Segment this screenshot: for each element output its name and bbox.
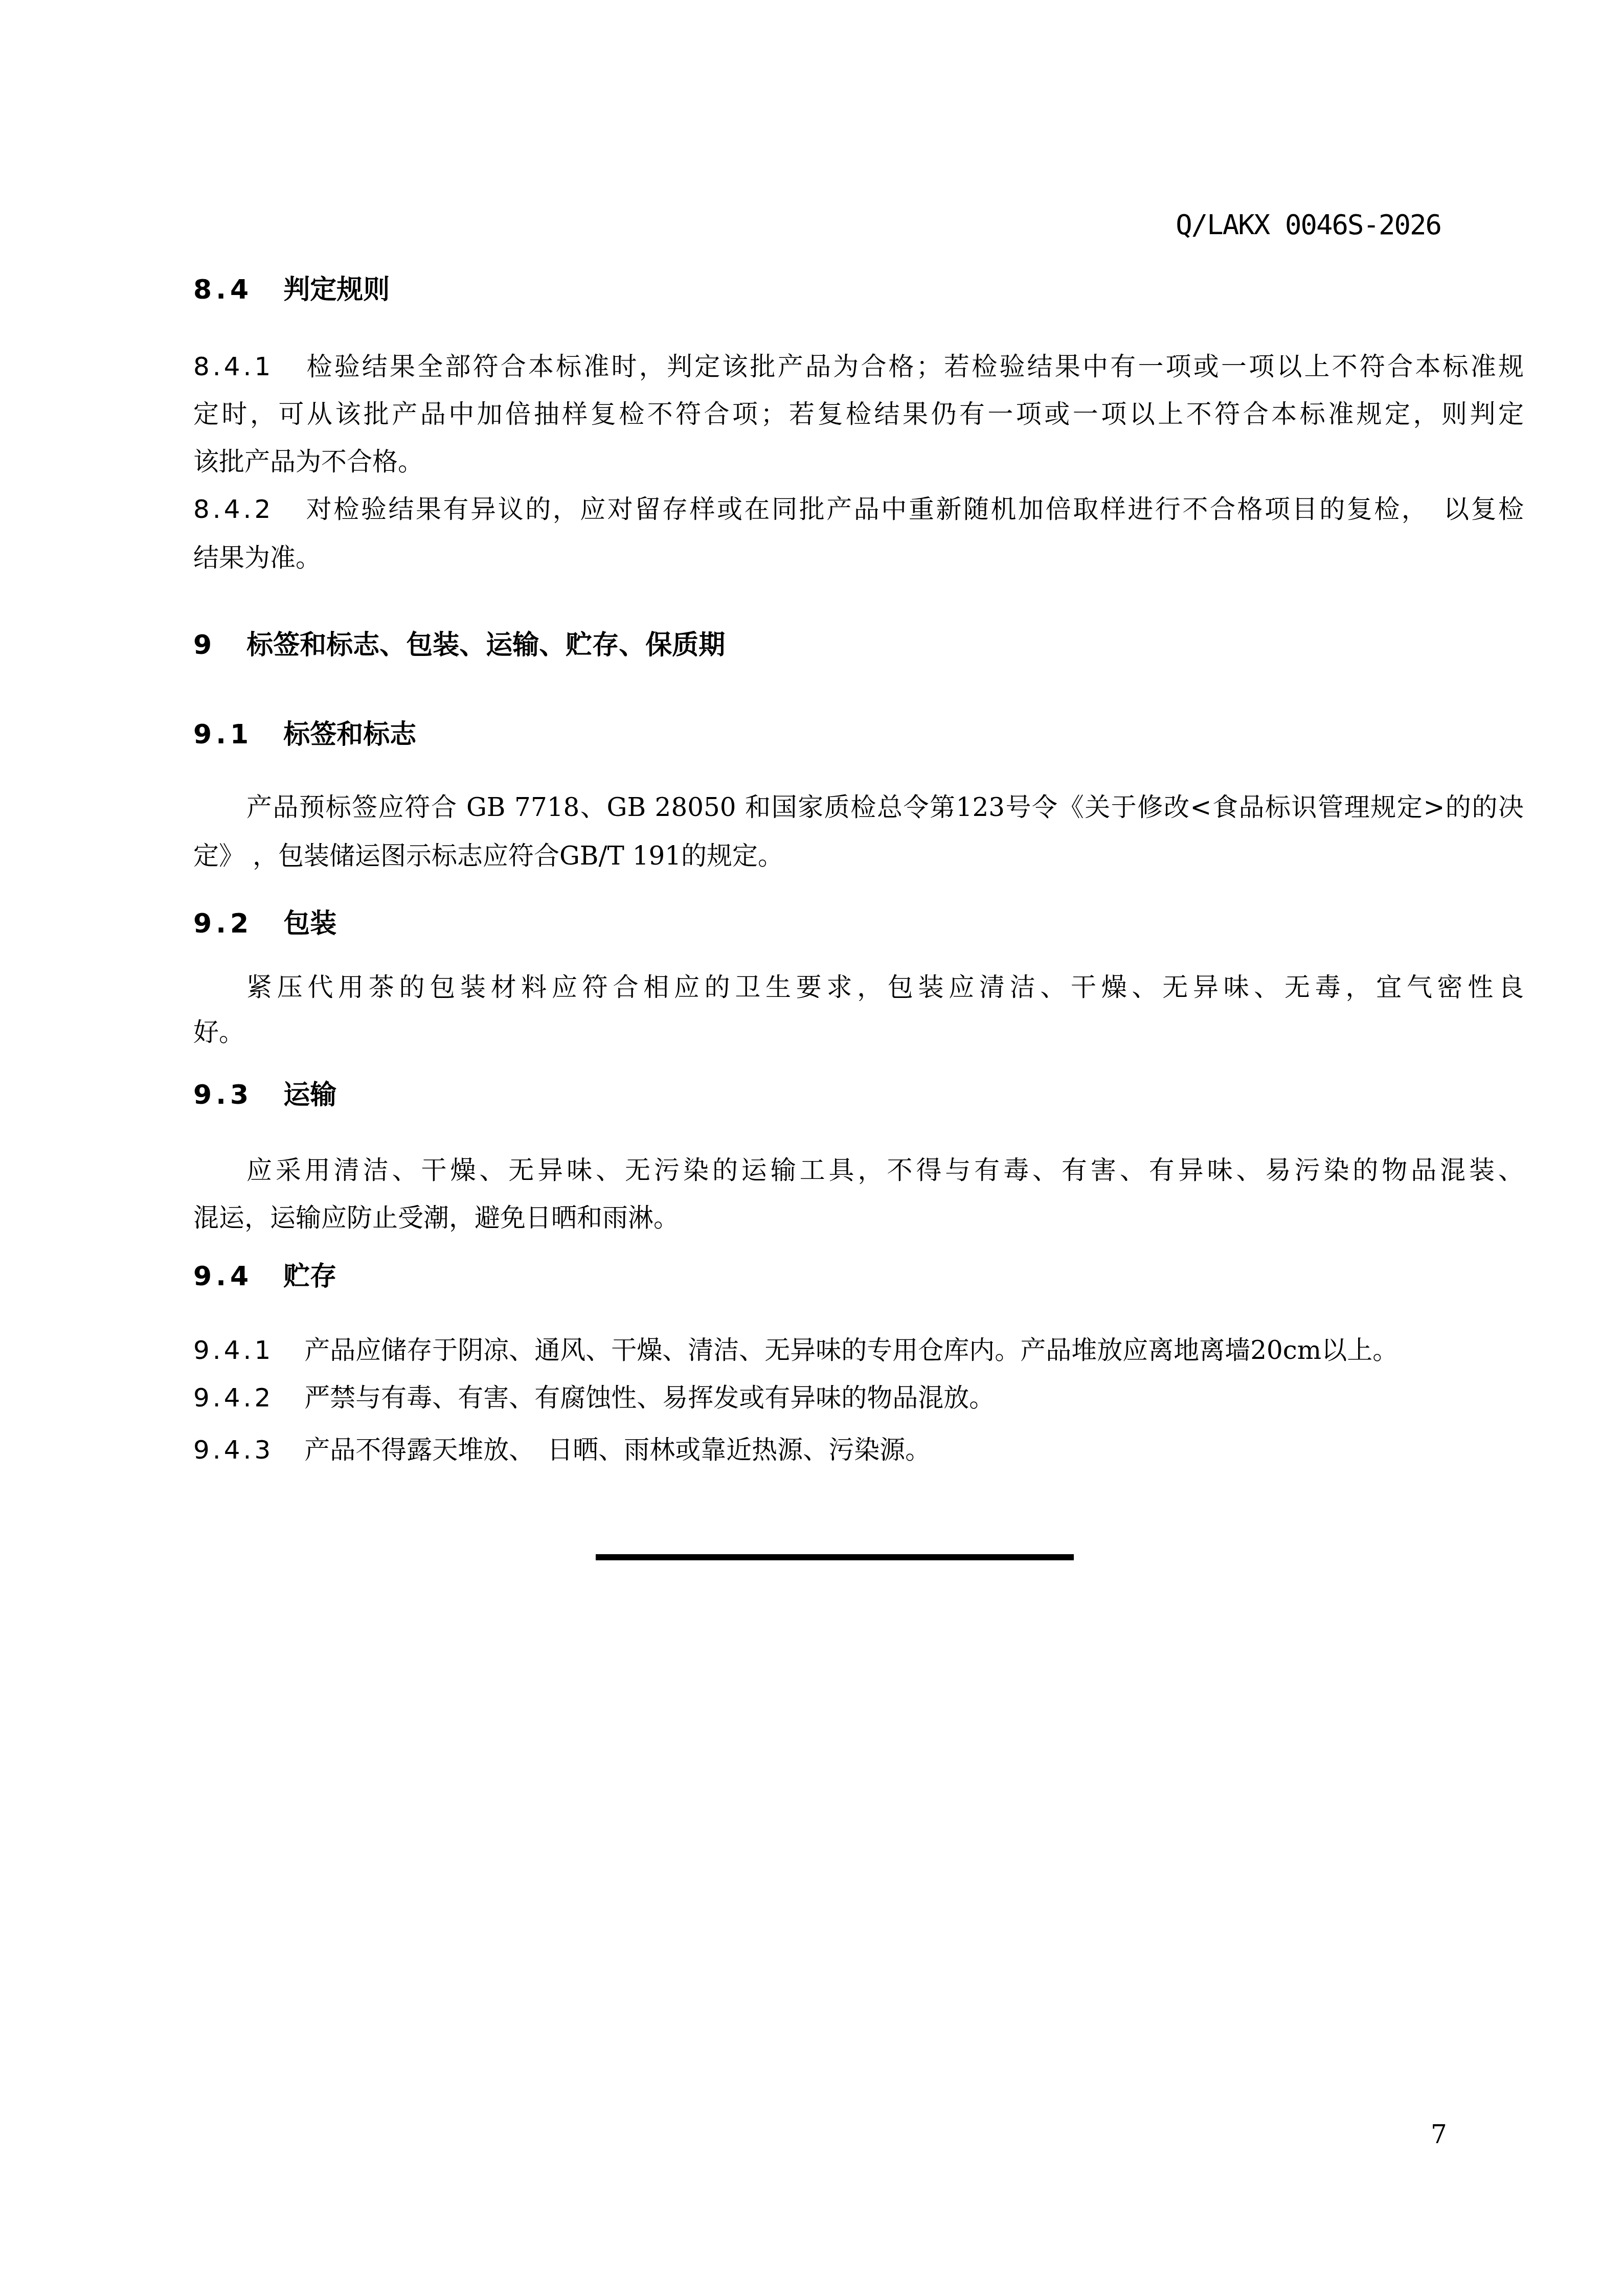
- section-heading-9-3: 9.3运输: [193, 1079, 1524, 1112]
- section-heading-8-4: 8.4判定规则: [193, 274, 1524, 307]
- clause-number: 9.4.2: [193, 1383, 274, 1413]
- clause-text: 该批产品为不合格。: [193, 447, 423, 476]
- clause-8-4-1-line-1: 8.4.1检验结果全部符合本标准时，判定该批产品为合格；若检验结果中有一项或一项…: [193, 351, 1524, 383]
- clause-8-4-2-line-1: 8.4.2对检验结果有异议的，应对留存样或在同批产品中重新随机加倍取样进行不合格…: [193, 493, 1524, 526]
- section-number: 9.3: [193, 1080, 253, 1110]
- para-9-1-line-2: 定》 ，包装储运图示标志应符合GB/T 191的规定。: [193, 840, 1524, 872]
- section-number: 8.4: [193, 275, 253, 305]
- para-9-3-line-1: 应采用清洁、干燥、无异味、无污染的运输工具，不得与有毒、有害、有异味、易污染的物…: [193, 1154, 1524, 1187]
- page-number: 7: [1431, 2120, 1447, 2149]
- paragraph-text: 定》 ，包装储运图示标志应符合GB/T 191的规定。: [193, 841, 783, 871]
- paragraph-text: 应采用清洁、干燥、无异味、无污染的运输工具，不得与有毒、有害、有异味、易污染的物…: [246, 1155, 1524, 1185]
- section-title: 判定规则: [283, 275, 390, 305]
- section-number: 9.4: [193, 1261, 253, 1292]
- clause-9-4-1: 9.4.1产品应储存于阴凉、通风、干燥、清洁、无异味的专用仓库内。产品堆放应离地…: [193, 1334, 1524, 1367]
- clause-text: 结果为准。: [193, 543, 321, 573]
- clause-9-4-2: 9.4.2严禁与有毒、有害、有腐蚀性、易挥发或有异味的物品混放。: [193, 1382, 1524, 1414]
- doc-code: Q/LAKX 0046S-2026: [1176, 209, 1441, 241]
- section-number: 9.1: [193, 719, 253, 750]
- clause-text: 产品不得露天堆放、 日晒、雨林或靠近热源、污染源。: [304, 1435, 931, 1465]
- section-title: 标签和标志: [283, 719, 416, 750]
- clause-8-4-1-line-2: 定时，可从该批产品中加倍抽样复检不符合项；若复检结果仍有一项或一项以上不符合本标…: [193, 398, 1524, 430]
- paragraph-text: 好。: [193, 1017, 244, 1047]
- section-number: 9.2: [193, 908, 253, 939]
- section-title: 贮存: [283, 1261, 336, 1292]
- paragraph-text: 紧压代用茶的包装材料应符合相应的卫生要求，包装应清洁、干燥、无异味、无毒，宜气密…: [246, 972, 1524, 1002]
- paragraph-text: 产品预标签应符合 GB 7718、GB 28050 和国家质检总令第123号令《…: [246, 792, 1524, 822]
- section-title: 包装: [283, 908, 336, 939]
- section-heading-9-1: 9.1标签和标志: [193, 718, 1524, 752]
- clause-text: 产品应储存于阴凉、通风、干燥、清洁、无异味的专用仓库内。产品堆放应离地离墙20c…: [304, 1335, 1398, 1365]
- para-9-3-line-2: 混运，运输应防止受潮，避免日晒和雨淋。: [193, 1202, 1524, 1234]
- para-9-2-line-1: 紧压代用茶的包装材料应符合相应的卫生要求，包装应清洁、干燥、无异味、无毒，宜气密…: [193, 971, 1524, 1004]
- section-heading-9: 9标签和标志、包装、运输、贮存、保质期: [193, 629, 1524, 662]
- clause-number: 8.4.2: [193, 494, 274, 524]
- clause-9-4-3: 9.4.3产品不得露天堆放、 日晒、雨林或靠近热源、污染源。: [193, 1434, 1524, 1466]
- section-title: 标签和标志、包装、运输、贮存、保质期: [246, 630, 725, 661]
- clause-number: 8.4.1: [193, 352, 274, 381]
- section-heading-9-2: 9.2包装: [193, 907, 1524, 941]
- clause-8-4-1-line-3: 该批产品为不合格。: [193, 446, 1524, 478]
- section-number: 9: [193, 630, 216, 661]
- clause-number: 9.4.1: [193, 1335, 274, 1365]
- clause-number: 9.4.3: [193, 1435, 274, 1465]
- clause-text: 定时，可从该批产品中加倍抽样复检不符合项；若复检结果仍有一项或一项以上不符合本标…: [193, 399, 1524, 429]
- clause-text: 对检验结果有异议的，应对留存样或在同批产品中重新随机加倍取样进行不合格项目的复检…: [304, 494, 1524, 524]
- para-9-1-line-1: 产品预标签应符合 GB 7718、GB 28050 和国家质检总令第123号令《…: [193, 791, 1524, 824]
- clause-text: 检验结果全部符合本标准时，判定该批产品为合格；若检验结果中有一项或一项以上不符合…: [304, 352, 1524, 381]
- clause-text: 严禁与有毒、有害、有腐蚀性、易挥发或有异味的物品混放。: [304, 1383, 995, 1413]
- section-title: 运输: [283, 1080, 336, 1110]
- clause-8-4-2-line-2: 结果为准。: [193, 542, 1524, 574]
- section-heading-9-4: 9.4贮存: [193, 1260, 1524, 1293]
- end-of-text-divider: [596, 1554, 1074, 1560]
- paragraph-text: 混运，运输应防止受潮，避免日晒和雨淋。: [193, 1203, 679, 1233]
- document-page: Q/LAKX 0046S-2026 8.4判定规则 8.4.1检验结果全部符合本…: [0, 0, 1624, 2296]
- para-9-2-line-2: 好。: [193, 1016, 1524, 1049]
